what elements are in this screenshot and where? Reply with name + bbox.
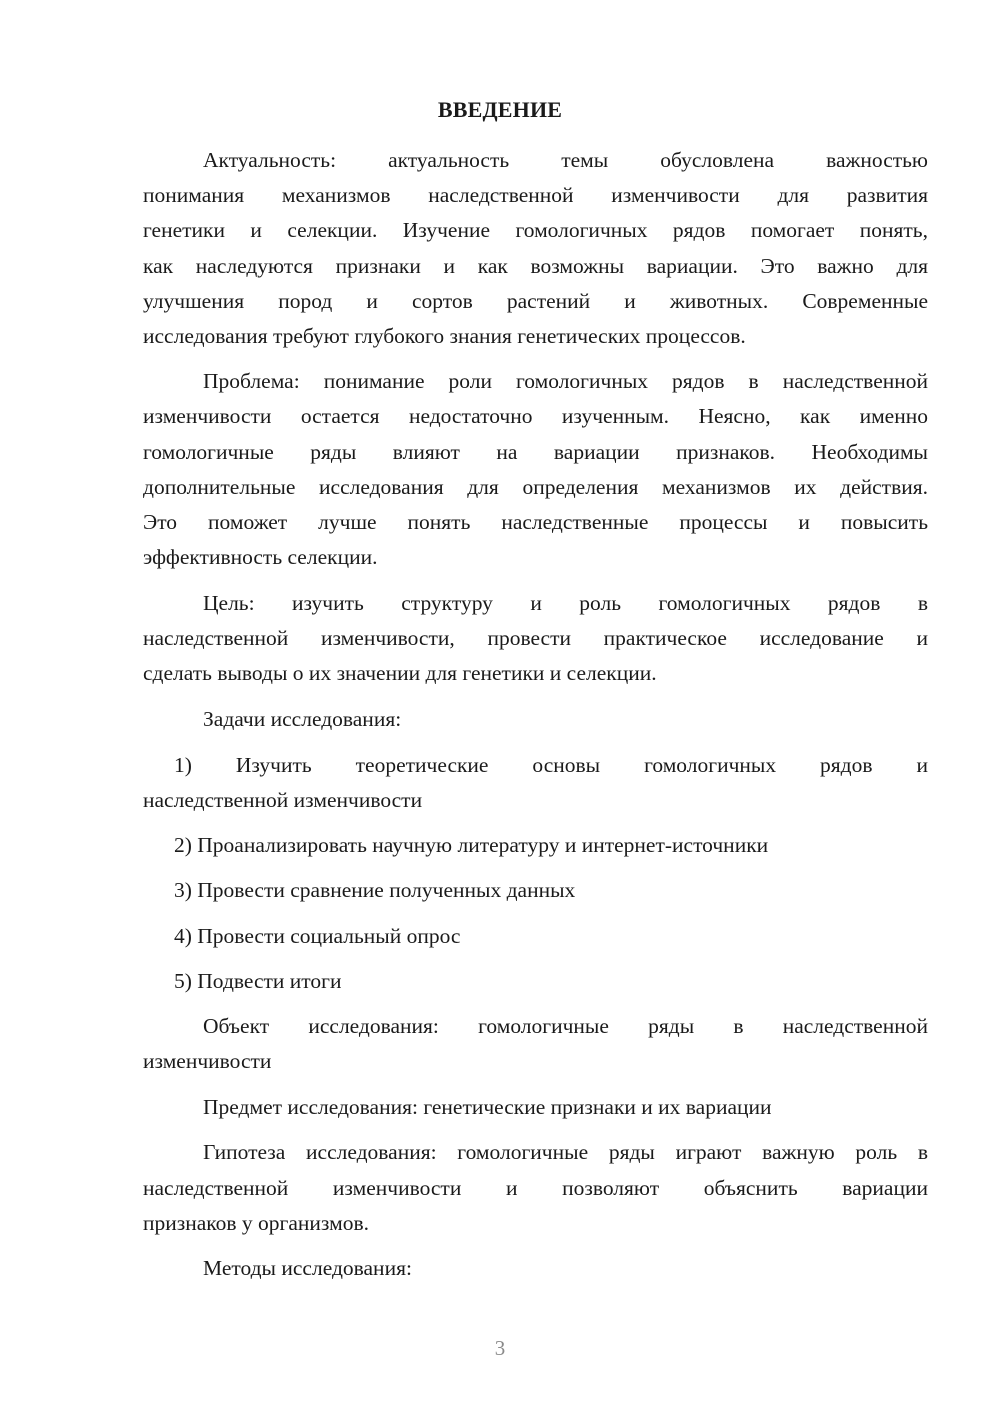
text-line: наследственной изменчивости, провести пр… <box>143 624 928 652</box>
document-page: ВВЕДЕНИЕ Актуальность: актуальность темы… <box>0 0 1000 1414</box>
text-line: улучшения пород и сортов растений и живо… <box>143 287 928 315</box>
text-line: дополнительные исследования для определе… <box>143 473 928 501</box>
text-line: Предмет исследования: генетические призн… <box>203 1093 928 1121</box>
text-line: эффективность селекции. <box>143 543 928 571</box>
text-line: 2) Проанализировать научную литературу и… <box>174 831 928 859</box>
text-line: 5) Подвести итоги <box>174 967 928 995</box>
text-line: 4) Провести социальный опрос <box>174 922 928 950</box>
text-line: Проблема: понимание роли гомологичных ря… <box>203 367 928 395</box>
text-line: 1) Изучить теоретические основы гомологи… <box>174 751 928 779</box>
text-line: Задачи исследования: <box>203 705 928 733</box>
text-line: исследования требуют глубокого знания ге… <box>143 322 928 350</box>
text-line: генетики и селекции. Изучение гомологичн… <box>143 216 928 244</box>
text-line: гомологичные ряды влияют на вариации при… <box>143 438 928 466</box>
text-line: наследственной изменчивости и позволяют … <box>143 1174 928 1202</box>
page-number: 3 <box>0 1334 1000 1362</box>
text-line: Методы исследования: <box>203 1254 928 1282</box>
text-line: Это поможет лучше понять наследственные … <box>143 508 928 536</box>
text-line: изменчивости <box>143 1047 928 1075</box>
text-line: изменчивости остается недостаточно изуче… <box>143 402 928 430</box>
text-line: сделать выводы о их значении для генетик… <box>143 659 928 687</box>
page-title: ВВЕДЕНИЕ <box>0 96 1000 124</box>
text-line: Объект исследования: гомологичные ряды в… <box>203 1012 928 1040</box>
text-line: 3) Провести сравнение полученных данных <box>174 876 928 904</box>
text-line: Гипотеза исследования: гомологичные ряды… <box>203 1138 928 1166</box>
text-line: признаков у организмов. <box>143 1209 928 1237</box>
text-line: как наследуются признаки и как возможны … <box>143 252 928 280</box>
text-line: Актуальность: актуальность темы обусловл… <box>203 146 928 174</box>
text-line: наследственной изменчивости <box>143 786 928 814</box>
text-line: понимания механизмов наследственной изме… <box>143 181 928 209</box>
text-line: Цель: изучить структуру и роль гомологич… <box>203 589 928 617</box>
